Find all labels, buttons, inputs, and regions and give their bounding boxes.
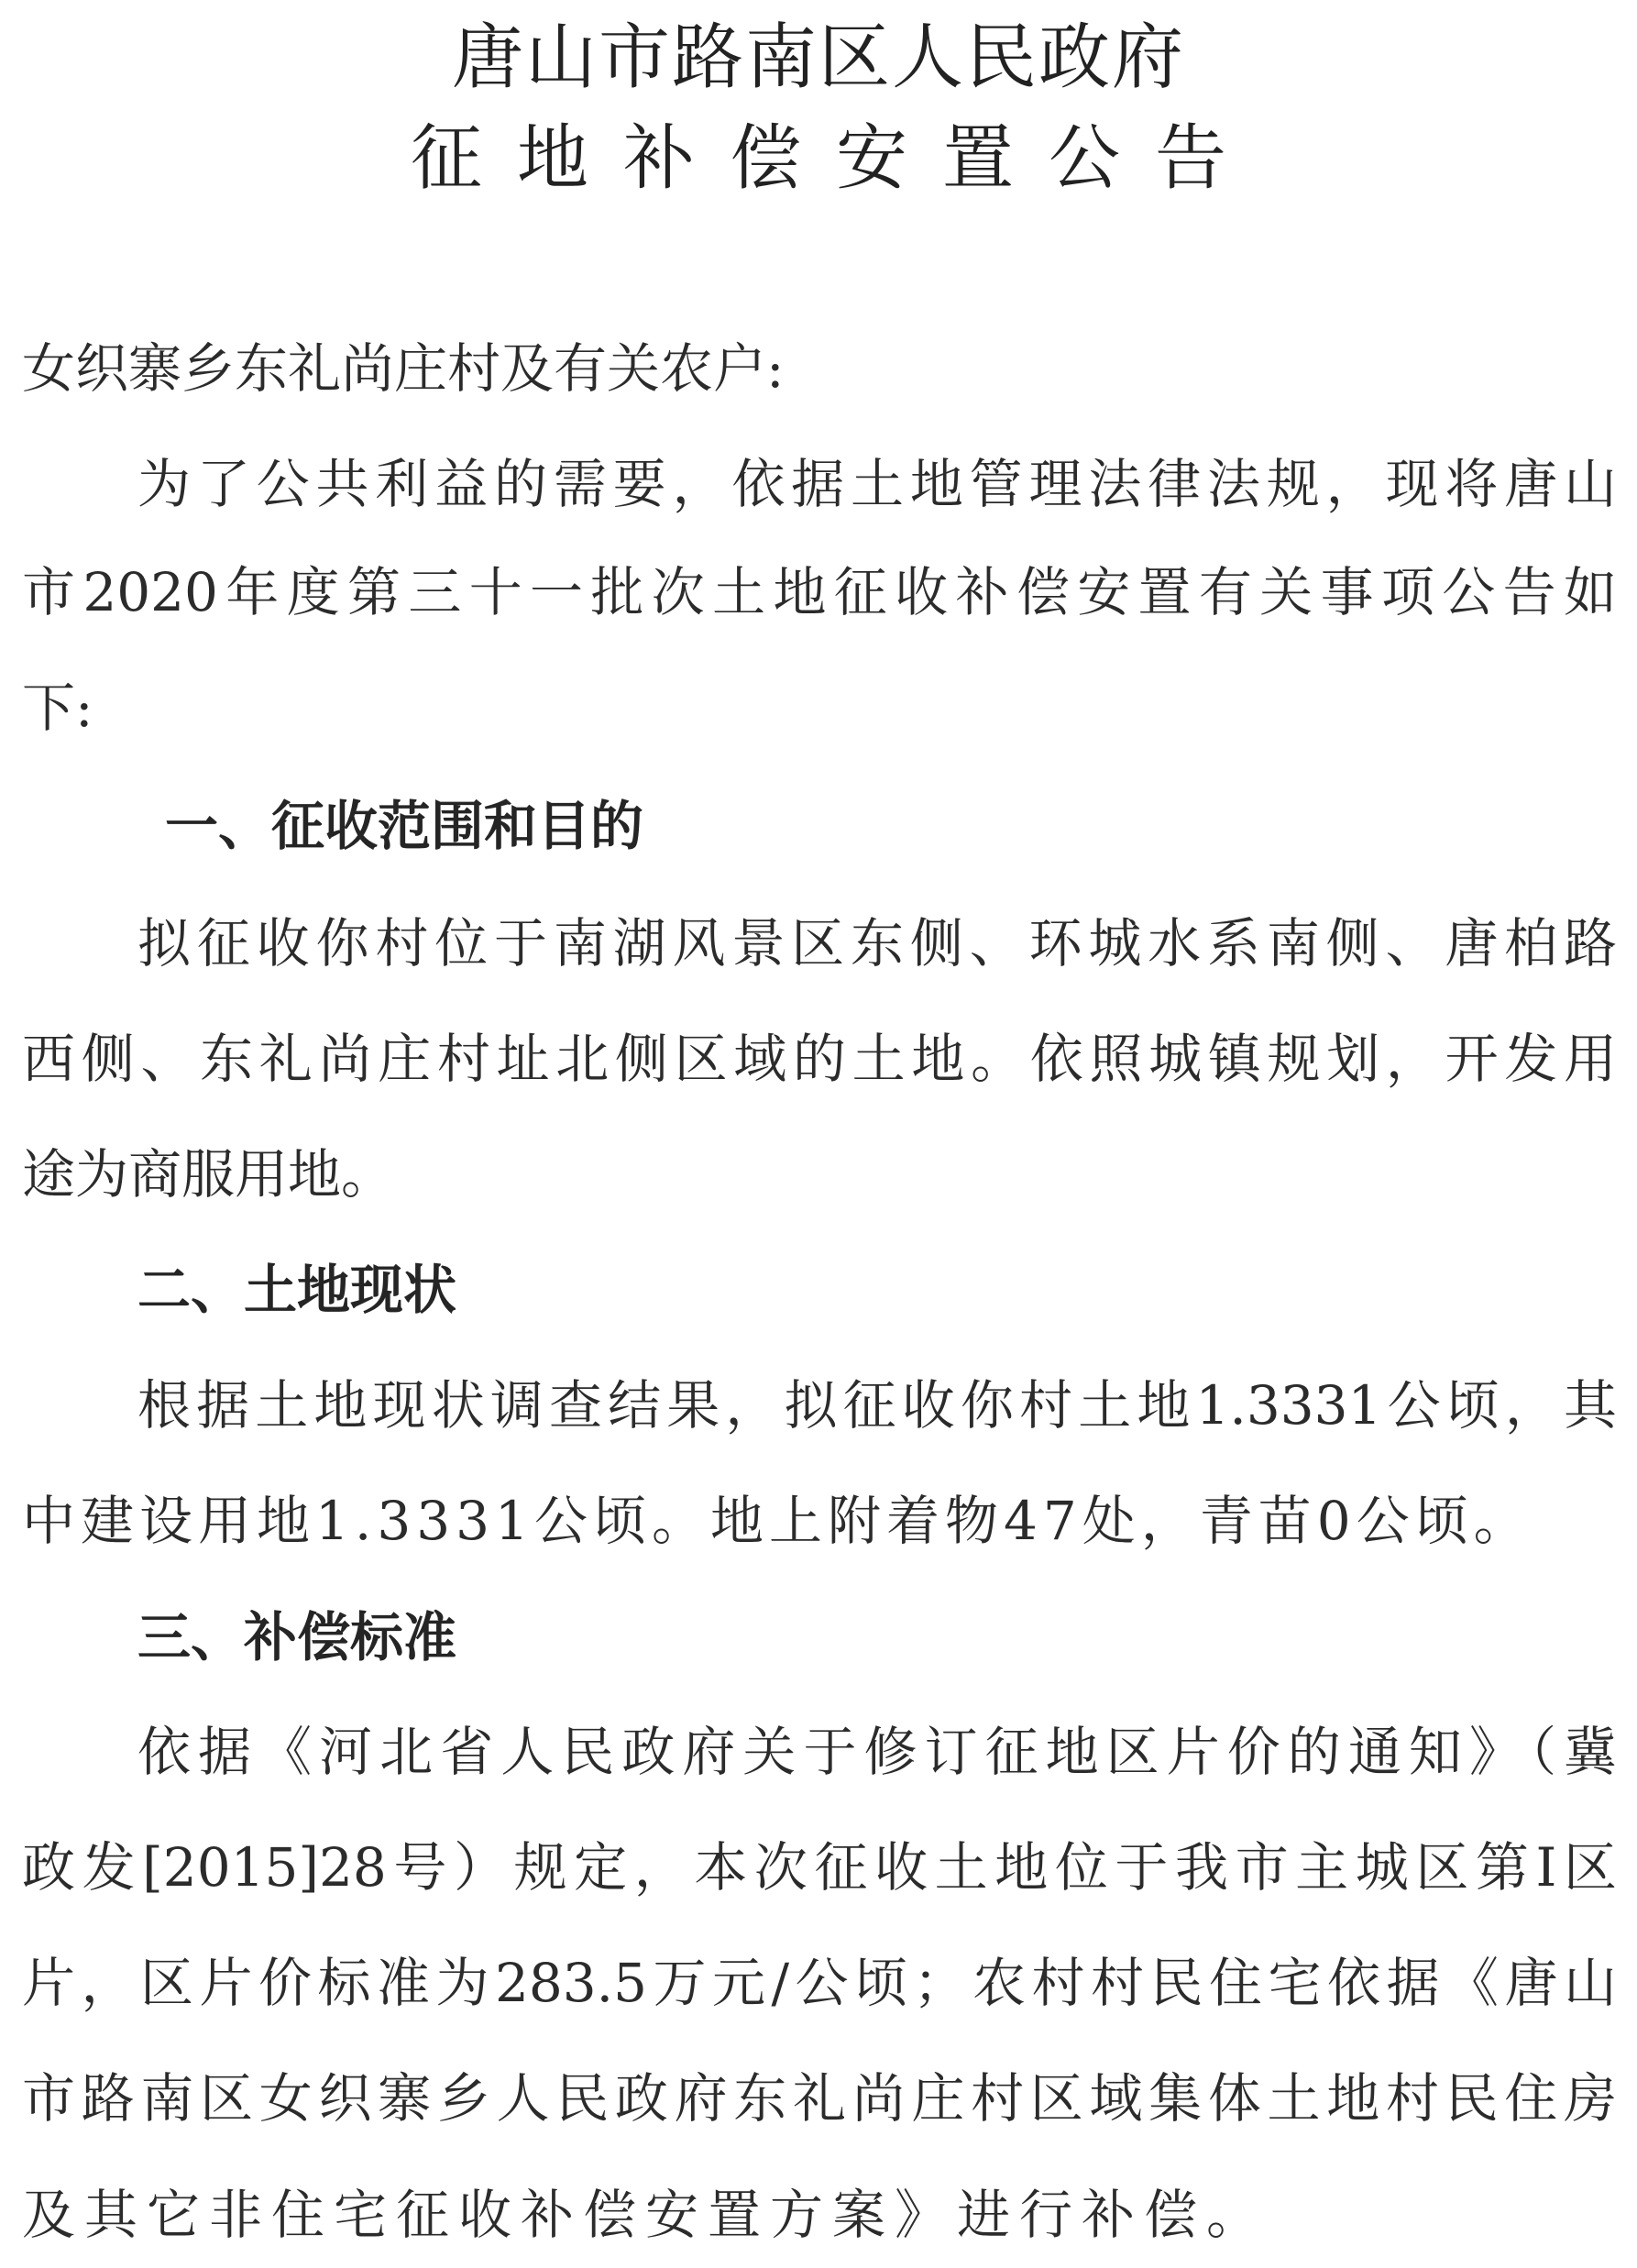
- section-3-line-3: 片，区片价标准为283.5万元/公顷；农村村民住宅依据《唐山: [22, 1946, 1617, 2020]
- intro-line-1: 为了公共利益的需要，依据土地管理法律法规，现将唐山: [137, 447, 1617, 521]
- salutation: 女织寨乡东礼尚庄村及有关农户:: [22, 332, 1617, 405]
- section-3-line-2: 政发[2015]28号）规定，本次征收土地位于我市主城区第Ⅰ区: [22, 1831, 1617, 1904]
- document-title-line-1: 唐山市路南区人民政府: [0, 12, 1637, 104]
- section-3-line-5: 及其它非住宅征收补偿安置方案》进行补偿。: [22, 2178, 1617, 2251]
- section-1-line-2: 西侧、东礼尚庄村址北侧区域的土地。依照城镇规划，开发用: [22, 1022, 1617, 1095]
- section-1-line-1: 拟征收你村位于南湖风景区东侧、环城水系南侧、唐柏路: [137, 907, 1617, 980]
- section-1-heading: 一、征收范围和目的: [165, 789, 643, 863]
- section-2-line-2: 中建设用地1.3331公顷。地上附着物47处，青苗0公顷。: [22, 1484, 1617, 1558]
- intro-line-2: 市2020年度第三十一批次土地征收补偿安置有关事项公告如: [22, 556, 1617, 629]
- section-3-heading: 三、补偿标准: [137, 1601, 456, 1674]
- section-2-heading: 二、土地现状: [137, 1253, 456, 1327]
- intro-line-3: 下:: [22, 671, 1617, 744]
- section-2-line-1: 根据土地现状调查结果，拟征收你村土地1.3331公顷，其: [137, 1369, 1617, 1442]
- section-1-line-3: 途为商服用地。: [22, 1138, 1617, 1211]
- section-3-line-1: 依据《河北省人民政府关于修订征地区片价的通知》（冀: [137, 1715, 1617, 1789]
- section-3-line-4: 市路南区女织寨乡人民政府东礼尚庄村区域集体土地村民住房: [22, 2062, 1617, 2135]
- document-title-line-2: 征地补偿安置公告: [0, 113, 1637, 204]
